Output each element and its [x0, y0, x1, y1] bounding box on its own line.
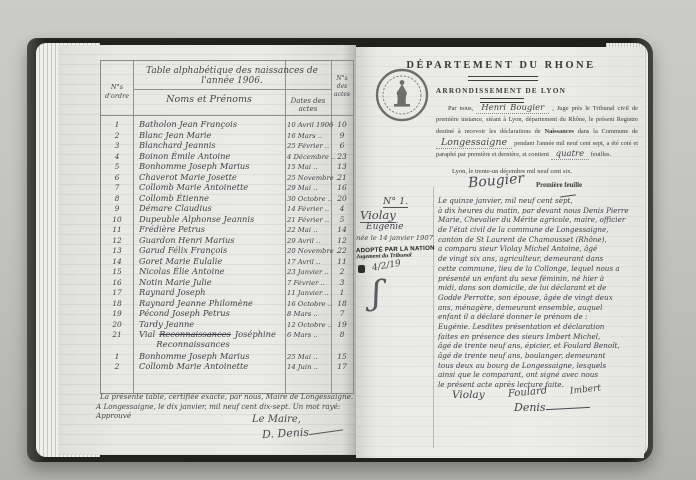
- preamble-text: pendant l'année mil neuf cent sept, a ét…: [436, 140, 638, 158]
- table-row: 13 Garud Félix François 20 Novembre .. 2…: [101, 245, 353, 256]
- row-name-text: Raynard Jeanne Philomène: [139, 298, 253, 308]
- row-name: Bonhomme Joseph Marius: [133, 161, 285, 171]
- table-row: 1 Bonhomme Joseph Marius 25 Mai .. 15: [101, 351, 353, 362]
- table-row: 20 Tardy Jeanne 12 Octobre .. 19: [101, 319, 353, 330]
- row-number: 3: [101, 141, 133, 150]
- right-page: DÉPARTEMENT DU RHONE ARRONDISSEMENT DE L…: [356, 47, 644, 458]
- row-date: 7 Février ..: [285, 279, 331, 287]
- act-text-line: Godde Perrotte, son épouse, âgée de ving…: [438, 293, 640, 303]
- row-date: 14 Février ..: [285, 205, 331, 213]
- table-row: 17 Raynard Joseph 11 Janvier .. 1: [101, 287, 353, 298]
- row-name-suffix: Joséphine: [235, 329, 276, 339]
- first-sheet-label: Première feuille: [536, 182, 582, 189]
- row-act-number: 3: [331, 278, 353, 287]
- signature-imbert: Imbert: [570, 383, 602, 396]
- row-act-number: 20: [331, 194, 353, 203]
- row-number: 19: [101, 309, 133, 318]
- margin-firstname: Eugénie: [366, 222, 403, 232]
- preamble-text: dans la Commune de: [578, 128, 638, 135]
- row-name-text: Bonhomme Joseph Marius: [139, 161, 250, 171]
- row-date: 12 Octobre ..: [285, 321, 331, 329]
- arrondissement-title: ARRONDISSEMENT DE LYON: [396, 86, 606, 95]
- row-number: 7: [101, 183, 133, 192]
- births-index-table: Table alphabétique des naissances de l'a…: [100, 60, 354, 394]
- act-text-line: le présent acte après lecture faite.: [438, 380, 640, 390]
- table-row: 10 Dupeuble Alphonse Jeannis 21 Février …: [101, 214, 353, 225]
- row-act-number: 17: [331, 362, 353, 371]
- row-act-number: 19: [331, 320, 353, 329]
- row-date: 29 Avril ..: [285, 237, 331, 245]
- row-name: Collomb Marie Antoinette: [133, 361, 285, 371]
- double-rule: [480, 98, 524, 103]
- row-name: Garud Félix François: [133, 245, 285, 255]
- row-name: Batholon Jean François: [133, 119, 285, 129]
- recon-rows: 1 Bonhomme Joseph Marius 25 Mai .. 15 2 …: [101, 351, 353, 372]
- row-number: 12: [101, 236, 133, 245]
- row-act-number: 4: [331, 204, 353, 213]
- row-number: 20: [101, 320, 133, 329]
- row-date: 25 Février ..: [285, 142, 331, 150]
- row-act-number: 22: [331, 246, 353, 255]
- table-row: 4 Boinon Émile Antoine 4 Décembre .. 23: [101, 151, 353, 162]
- table-row: 8 Collomb Étienne 30 Octobre .. 20: [101, 193, 353, 204]
- row-act-number: 15: [331, 352, 353, 361]
- act-text-line: Le quinze janvier, mil neuf cent sept,: [438, 196, 640, 206]
- act-text-line: a comparu sieur Violay Michel Antoine, â…: [438, 244, 640, 254]
- stamp-line-2: Jugement du Tribunal: [356, 252, 436, 261]
- table-row: 16 Notin Marie Julie 7 Février .. 3: [101, 277, 353, 288]
- row-name: Boinon Émile Antoine: [133, 151, 285, 161]
- act-text-line: âgé de trente neuf ans, épicier, et Foul…: [438, 341, 640, 351]
- row-date: 21 Février ..: [285, 216, 331, 224]
- act-text-line: canton de St Laurent de Chamousset (Rhôn…: [438, 235, 640, 245]
- row-name-text: Chaverot Marie Josette: [139, 172, 237, 182]
- row-name: Goret Marie Eulalie: [133, 256, 285, 266]
- act-text-line: Eugénie. Lesdites présentation et déclar…: [438, 322, 640, 332]
- row-act-number: 13: [331, 162, 353, 171]
- act-text-line: âgé de trente neuf ans, boulanger, demeu…: [438, 351, 640, 361]
- certification-line-2: A Longessaigne, le dix janvier, mil neuf…: [96, 402, 368, 420]
- preamble-text: Par nous,: [448, 105, 473, 112]
- row-number: 14: [101, 257, 133, 266]
- signature-violay: Violay: [452, 389, 485, 401]
- row-act-number: 18: [331, 299, 353, 308]
- table-row: 9 Démare Claudius 14 Février .. 4: [101, 203, 353, 214]
- row-name-text: Blanchard Jeannis: [139, 140, 216, 150]
- row-name-text: Démare Claudius: [139, 203, 212, 213]
- index-rows: 1 Batholon Jean François 10 Avril 1906 1…: [101, 119, 353, 372]
- table-row: 6 Chaverot Marie Josette 25 Novembre .. …: [101, 172, 353, 183]
- row-name-text: Pécond Joseph Petrus: [139, 308, 230, 318]
- row-number: 13: [101, 246, 133, 255]
- table-row: 3 Blanchard Jeannis 25 Février .. 6: [101, 140, 353, 151]
- row-name-text: Vial: [139, 329, 155, 339]
- row-date: 16 Octobre ..: [285, 300, 331, 308]
- row-name: Collomb Étienne: [133, 193, 285, 203]
- adoption-stamp: ADOPTÉ PAR LA NATION Jugement du Tribuna…: [356, 245, 436, 261]
- recon-section-title: Reconnaissances: [101, 340, 285, 351]
- naissances-word: Naissances: [544, 128, 573, 135]
- row-date: 20 Novembre ..: [285, 247, 331, 255]
- row-act-number: 23: [331, 152, 353, 161]
- col-header-acts: N°s des actes: [331, 75, 353, 99]
- row-name: Bonhomme Joseph Marius: [133, 351, 285, 361]
- row-date: 10 Avril 1906: [285, 121, 331, 129]
- act-text-line: tous deux au bourg de Longessaigne, lesq…: [438, 361, 640, 371]
- row-name: Blanchard Jeannis: [133, 140, 285, 150]
- signature-foulard: Foulard: [508, 385, 548, 399]
- row-name-text: Batholon Jean François: [139, 119, 237, 129]
- row-name-text: Collomb Marie Antoinette: [139, 361, 248, 371]
- row-date: 29 Mai ..: [285, 184, 331, 192]
- act-text-line: de vingt six ans, agriculteur, demeurant…: [438, 254, 640, 264]
- row-name-text: Garud Félix François: [139, 245, 227, 255]
- row-name: Notin Marie Julie: [133, 277, 285, 287]
- act-text-line: cette commune, lieu de la Collonge, lequ…: [438, 264, 640, 274]
- table-row: 15 Nicolas Élie Antoine 23 Janvier .. 2: [101, 266, 353, 277]
- row-name-text: Frédière Petrus: [139, 224, 205, 234]
- register-preamble: Par nous, Henri Bougier , Juge près le T…: [436, 103, 638, 160]
- act-text-line: Marie, Chevalier du Mérite agricole, mai…: [438, 215, 640, 225]
- row-name: VialReconnaissancesJoséphine: [133, 329, 285, 339]
- act-text-line: ans, ménagère, demeurant ensemble, auque…: [438, 303, 640, 313]
- row-name-text: Collomb Étienne: [139, 193, 209, 203]
- row-name: Raynard Jeanne Philomène: [133, 298, 285, 308]
- row-name-text: Tardy Jeanne: [139, 319, 194, 329]
- table-row: 1 Batholon Jean François 10 Avril 1906 1…: [101, 119, 353, 130]
- row-number: 6: [101, 173, 133, 182]
- commune-fill: Longessaigne: [436, 137, 512, 149]
- judge-signature: Bougier: [467, 171, 524, 192]
- row-date: 17 Avril ..: [285, 258, 331, 266]
- margin-birth-note: née le 14 janvier 1907: [356, 234, 433, 242]
- republique-francaise-seal-icon: [374, 67, 430, 123]
- table-row: 2 Blanc Jean Marie 16 Mars .. 9: [101, 130, 353, 141]
- row-date: 23 Janvier ..: [285, 268, 331, 276]
- sheets-count-fill: quatre: [551, 149, 590, 160]
- act-text-line: de l'état civil de la commune de Longess…: [438, 225, 640, 235]
- row-date: 30 Octobre ..: [285, 195, 331, 203]
- ink-blot: [358, 265, 365, 273]
- act-text-line: faites en présence des sieurs Imbert Mic…: [438, 332, 640, 342]
- row-act-number: 16: [331, 183, 353, 192]
- row-name-text: Raynard Joseph: [139, 287, 205, 297]
- row-number: 4: [101, 152, 133, 161]
- row-act-number: 8: [331, 330, 353, 339]
- row-name: Frédière Petrus: [133, 224, 285, 234]
- row-name: Dupeuble Alphonse Jeannis: [133, 214, 285, 224]
- row-number: 18: [101, 299, 133, 308]
- row-number: 15: [101, 267, 133, 276]
- row-date: 22 Mai ..: [285, 226, 331, 234]
- col-header-names: Noms et Prénoms: [133, 94, 285, 105]
- row-act-number: 7: [331, 309, 353, 318]
- row-name-text: Dupeuble Alphonse Jeannis: [139, 214, 254, 224]
- act-text-line: midi, dans son domicile, de lui déclaran…: [438, 283, 640, 293]
- row-name: Démare Claudius: [133, 203, 285, 213]
- table-header-line: [101, 115, 353, 116]
- row-date: 15 Mai ..: [285, 163, 331, 171]
- birth-act-text: Le quinze janvier, mil neuf cent sept, à…: [438, 196, 640, 390]
- row-number: 16: [101, 278, 133, 287]
- row-name: Nicolas Élie Antoine: [133, 266, 285, 276]
- preamble-dateline: Lyon, le trente-un décembre mil neuf cen…: [452, 168, 572, 175]
- stamp-line-1: ADOPTÉ PAR LA NATION: [356, 245, 436, 255]
- row-name-text: Boinon Émile Antoine: [139, 151, 230, 161]
- row-name: Tardy Jeanne: [133, 319, 285, 329]
- row-date: 11 Janvier ..: [285, 289, 331, 297]
- act-text-line: présenté un enfant du sexe féminin, né h…: [438, 274, 640, 284]
- table-row: 21 VialReconnaissancesJoséphine 6 Mars .…: [101, 329, 353, 340]
- row-number: 2: [101, 131, 133, 140]
- row-act-number: 6: [331, 141, 353, 150]
- row-name: Raynard Joseph: [133, 287, 285, 297]
- table-row: 2 Collomb Marie Antoinette 14 Juin .. 17: [101, 361, 353, 372]
- row-date: 8 Mars ..: [285, 310, 331, 318]
- margin-flourish: ʃ: [372, 273, 381, 313]
- row-name: Chaverot Marie Josette: [133, 172, 285, 182]
- stamp-date: 4/2/19: [371, 259, 401, 274]
- scanned-register-photo: { "left_page": { "table": { "title": "Ta…: [0, 0, 696, 480]
- signature-denis: Denis: [514, 401, 590, 414]
- preamble-text: feuilles.: [591, 151, 611, 158]
- row-number: 2: [101, 362, 133, 371]
- row-date: 4 Décembre ..: [285, 153, 331, 161]
- row-name-text: Collomb Marie Antoinette: [139, 182, 248, 192]
- row-number: 1: [101, 352, 133, 361]
- row-act-number: 14: [331, 225, 353, 234]
- row-date: 16 Mars ..: [285, 132, 331, 140]
- margin-surname: Violay: [360, 208, 396, 223]
- col-header-order: N°s d'ordre: [101, 83, 133, 100]
- row-name: Pécond Joseph Petrus: [133, 308, 285, 318]
- row-number: 8: [101, 194, 133, 203]
- margin-rule: [433, 187, 434, 448]
- table-row: 19 Pécond Joseph Petrus 8 Mars .. 7: [101, 308, 353, 319]
- table-row: 12 Guardon Henri Marius 29 Avril .. 12: [101, 235, 353, 246]
- col-header-dates: Dates des actes: [285, 97, 331, 113]
- table-row: 14 Goret Marie Eulalie 17 Avril .. 11: [101, 256, 353, 267]
- act-text-line: ainsi que le comparant, ont signé avec n…: [438, 370, 640, 380]
- row-act-number: 1: [331, 288, 353, 297]
- row-name-text: Notin Marie Julie: [139, 277, 212, 287]
- department-title: DÉPARTEMENT DU RHONE: [396, 60, 606, 71]
- margin-act-number: N° 1.: [383, 196, 408, 208]
- table-row: 18 Raynard Jeanne Philomène 16 Octobre .…: [101, 298, 353, 309]
- row-name-text: Goret Marie Eulalie: [139, 256, 222, 266]
- row-act-number: 5: [331, 215, 353, 224]
- row-act-number: 11: [331, 257, 353, 266]
- double-rule: [468, 76, 538, 81]
- row-number: 11: [101, 225, 133, 234]
- row-date: 25 Novembre ..: [285, 174, 331, 182]
- table-title: Table alphabétique des naissances de l'a…: [133, 66, 331, 86]
- row-date: 14 Juin ..: [285, 363, 331, 371]
- le-maire-label: Le Maire,: [252, 414, 301, 425]
- row-struck-word: Reconnaissances: [159, 329, 231, 339]
- table-row: 7 Collomb Marie Antoinette 29 Mai .. 16: [101, 182, 353, 193]
- row-act-number: 21: [331, 173, 353, 182]
- row-date: 25 Mai ..: [285, 353, 331, 361]
- preamble-text: , Juge près le Tribunal civil de premièr…: [436, 105, 638, 135]
- row-act-number: 10: [331, 120, 353, 129]
- row-name-text: Guardon Henri Marius: [139, 235, 235, 245]
- row-number: 5: [101, 162, 133, 171]
- row-number: 21: [101, 330, 133, 339]
- correction-mark: [560, 192, 577, 200]
- table-row: 5 Bonhomme Joseph Marius 15 Mai .. 13: [101, 161, 353, 172]
- row-name-text: Blanc Jean Marie: [139, 130, 211, 140]
- row-act-number: 9: [331, 131, 353, 140]
- table-row: 11 Frédière Petrus 22 Mai .. 14: [101, 224, 353, 235]
- act-text-line: à dix heures du matin, par devant nous D…: [438, 206, 640, 216]
- row-act-number: 2: [331, 267, 353, 276]
- row-number: 1: [101, 120, 133, 129]
- act-text-line: enfant il a déclaré donner le prénom de …: [438, 312, 640, 322]
- certification-line-1: La présente table, certifiée exacte, par…: [100, 392, 368, 401]
- main-rows: 1 Batholon Jean François 10 Avril 1906 1…: [101, 119, 353, 340]
- row-number: 9: [101, 204, 133, 213]
- table-title-underline: [133, 89, 331, 90]
- row-number: 17: [101, 288, 133, 297]
- row-date: 6 Mars ..: [285, 331, 331, 339]
- row-number: 10: [101, 215, 133, 224]
- judge-name-fill: Henri Bougier: [476, 103, 549, 114]
- row-name: Guardon Henri Marius: [133, 235, 285, 245]
- row-name: Blanc Jean Marie: [133, 130, 285, 140]
- row-name: Collomb Marie Antoinette: [133, 182, 285, 192]
- row-name-text: Bonhomme Joseph Marius: [139, 351, 250, 361]
- row-name-text: Nicolas Élie Antoine: [139, 266, 225, 276]
- row-act-number: 12: [331, 236, 353, 245]
